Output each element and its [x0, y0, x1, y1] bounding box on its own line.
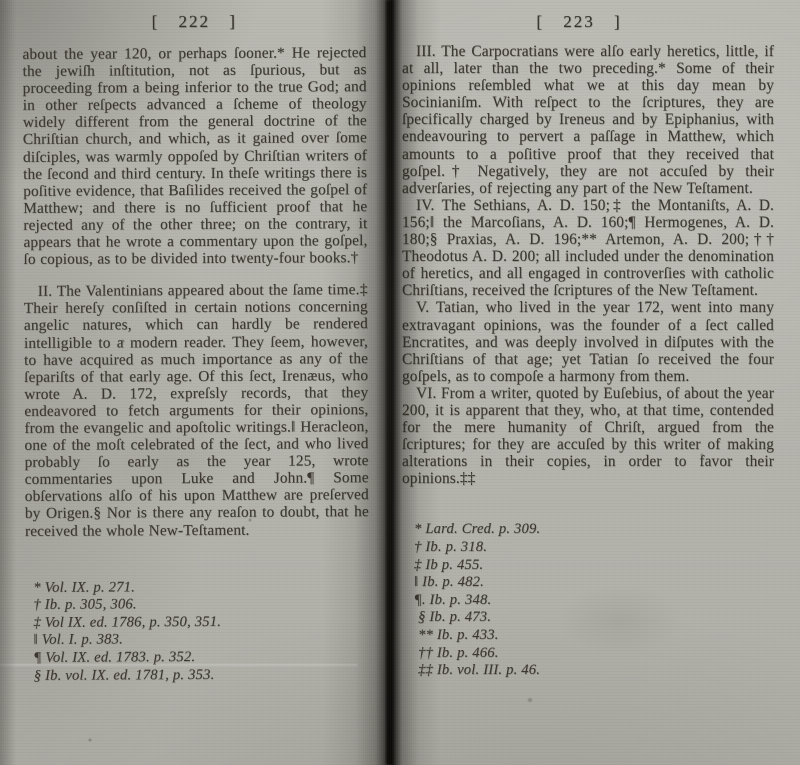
footnote-line: ¶ Vol. IX. ed. 1783. p. 352.	[34, 648, 370, 667]
footnote-line: § Ib. p. 473.	[414, 609, 774, 627]
paragraph-basilides: about the year 120, or perhaps ſooner.* …	[22, 44, 367, 268]
footnote-line: † Ib. p. 305, 306.	[33, 595, 369, 614]
right-page-number: [ 223 ]	[402, 12, 774, 32]
book-scan: [ 222 ] about the year 120, or perhaps ſ…	[0, 0, 800, 765]
footnote-line: § Ib. vol. IX. ed. 1781, p. 353.	[34, 666, 370, 685]
left-page: [ 222 ] about the year 120, or perhaps ſ…	[22, 11, 370, 685]
footnote-line: ‖ Vol. I. p. 383.	[33, 631, 369, 650]
left-page-number: [ 222 ]	[22, 11, 366, 33]
paragraph-valentinians: II. The Valentinians appeared about the …	[24, 281, 369, 539]
footnote-line: * Lard. Cred. p. 309.	[414, 521, 774, 539]
footnote-line: † Ib. p. 318.	[414, 539, 774, 557]
footnote-line: ‡‡ Ib. vol. III. p. 46.	[414, 662, 774, 680]
paragraph-carpocratians: III. The Carpocratians were alſo early h…	[402, 43, 774, 197]
footnote-line: ** Ib. p. 433.	[414, 627, 774, 645]
footnote-line: * Vol. IX. p. 271.	[33, 578, 369, 597]
left-footnotes: * Vol. IX. p. 271. † Ib. p. 305, 306. ‡ …	[25, 578, 370, 685]
scan-left-edge-shadow	[0, 0, 16, 765]
footnote-line: ¶. Ib. p. 348.	[414, 592, 774, 610]
book-spine-line	[386, 0, 393, 765]
paragraph-sethians: IV. The Sethians, A. D. 150;‡ the Montan…	[402, 197, 774, 300]
right-footnotes: * Lard. Cred. p. 309. † Ib. p. 318. ‡ Ib…	[402, 521, 774, 679]
footnote-line: ‡ Ib p. 455.	[414, 557, 774, 575]
footnote-line: ‡ Vol IX. ed. 1786, p. 350, 351.	[33, 613, 369, 632]
paragraph-eusebius-writer: VI. From a writer, quoted by Euſebius, o…	[402, 385, 774, 488]
paragraph-tatian: V. Tatian, who lived in the year 172, we…	[402, 299, 774, 384]
footnote-line: †† Ib. p. 466.	[414, 645, 774, 663]
footnote-line: ‖ Ib. p. 482.	[414, 574, 774, 592]
right-page: [ 223 ] III. The Carpocratians were alſo…	[402, 12, 774, 680]
